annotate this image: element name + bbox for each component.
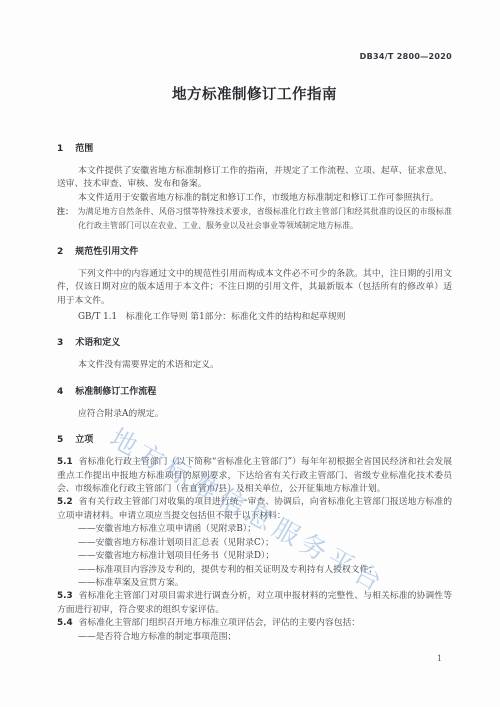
page-number: 1 — [437, 654, 442, 663]
document-page: 地方标准信息服务平台 DB34/T 2800—2020 地方标准制修订工作指南 … — [0, 0, 500, 707]
list-item: ——标准草案及宣贯方案。 — [57, 577, 452, 590]
section-title: 标准制修订工作流程 — [75, 387, 156, 397]
section-1-heading: 1范围 — [57, 144, 452, 155]
section-title: 范围 — [75, 144, 93, 154]
section-number: 3 — [57, 338, 63, 348]
paragraph: 本文件适用于安徽省地方标准的制定和修订工作，市级地方标准制定和修订工作可参照执行… — [57, 192, 452, 205]
section-number: 4 — [57, 387, 63, 397]
section-2-heading: 2规范性引用文件 — [57, 247, 452, 258]
list-item: ——标准项目内容涉及专利的，提供专利的相关证明及专利持有人授权文件； — [57, 564, 452, 577]
section-title: 术语和定义 — [75, 338, 120, 348]
section-4: 4标准制修订工作流程应符合附录A的规定。 — [57, 387, 452, 421]
clause-paragraph: 5.4省标准化主管部门组织召开地方标准立项评估会，评估的主要内容包括： — [57, 617, 452, 630]
section-4-heading: 4标准制修订工作流程 — [57, 387, 452, 398]
clause-number: 5.3 — [57, 591, 73, 601]
doc-title: 地方标准制修订工作指南 — [57, 83, 452, 104]
paragraph: GB/T 1.1 标准化工作导则 第1部分：标准化文件的结构和起草规则 — [57, 311, 452, 324]
section-3: 3术语和定义本文件没有需要界定的术语和定义。 — [57, 338, 452, 372]
section-2: 2规范性引用文件下列文件中的内容通过文中的规范性引用而构成本文件必不可少的条款。… — [57, 247, 452, 325]
clause-paragraph: 5.2省有关行政主管部门对收集的项目进行统一审查、协调后，向省标准化主管部门报送… — [57, 496, 452, 523]
section-number: 1 — [57, 144, 63, 154]
list-item: ——安徽省地方标准计划项目任务书（见附录D）； — [57, 550, 452, 563]
list-item: ——是否符合地方标准的制定事项范围； — [57, 631, 452, 644]
list-item: ——安徽省地方标准计划项目汇总表（见附录C）； — [57, 537, 452, 550]
section-3-heading: 3术语和定义 — [57, 338, 452, 349]
note-label: 注： — [57, 206, 73, 216]
section-title: 立项 — [75, 435, 93, 445]
page-footer: 1 — [57, 646, 452, 665]
paragraph: 应符合附录A的规定。 — [57, 408, 452, 421]
paragraph: 下列文件中的内容通过文中的规范性引用而构成本文件必不可少的条款。其中，注日期的引… — [57, 268, 452, 308]
document-body: 1范围本文件提供了安徽省地方标准制修订工作的指南，并规定了工作流程、立项、起草、… — [57, 144, 452, 644]
clause-number: 5.1 — [57, 457, 73, 467]
section-number: 2 — [57, 247, 63, 257]
list-item: ——安徽省地方标准立项申请函（见附录B）； — [57, 523, 452, 536]
clause-paragraph: 5.3省标准化主管部门对项目需求进行调查分析，对立项申报材料的完整性、与相关标准… — [57, 590, 452, 617]
clause-number: 5.2 — [57, 497, 73, 507]
clause-number: 5.4 — [57, 618, 73, 628]
section-5: 5立项5.1省标准化行政主管部门（以下简称“省标准化主管部门”）每年年初根据全省… — [57, 435, 452, 644]
section-5-heading: 5立项 — [57, 435, 452, 446]
note: 注：为满足地方自然条件、风俗习惯等特殊技术要求，省级标准化行政主管部门和经其批准… — [57, 205, 452, 233]
clause-paragraph: 5.1省标准化行政主管部门（以下简称“省标准化主管部门”）每年年初根据全省国民经… — [57, 456, 452, 496]
paragraph: 本文件提供了安徽省地方标准制修订工作的指南，并规定了工作流程、立项、起草、征求意… — [57, 165, 452, 192]
page-content: DB34/T 2800—2020 地方标准制修订工作指南 1范围本文件提供了安徽… — [0, 0, 500, 665]
paragraph: 本文件没有需要界定的术语和定义。 — [57, 359, 452, 372]
section-title: 规范性引用文件 — [75, 247, 138, 257]
section-1: 1范围本文件提供了安徽省地方标准制修订工作的指南，并规定了工作流程、立项、起草、… — [57, 144, 452, 233]
doc-number: DB34/T 2800—2020 — [57, 52, 452, 61]
section-number: 5 — [57, 435, 63, 445]
